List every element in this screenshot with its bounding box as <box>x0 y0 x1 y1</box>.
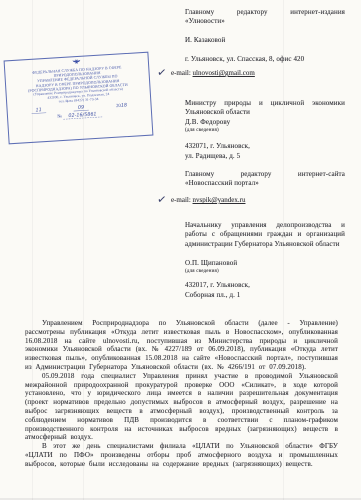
recipient-2-title: Министру природы и цикличной экономики У… <box>185 99 345 118</box>
recipient-3-email-row: ✓ e-mail: nvspik@yandex.ru <box>157 196 245 205</box>
recipient-4-title: Начальнику управления делопроизводства и… <box>185 221 345 249</box>
handwritten-checkmark-icon: ✓ <box>156 195 166 205</box>
stamp-date-month: 09 <box>73 104 88 111</box>
body-paragraph-2: 05.09.2018 года специалист Управления пр… <box>25 372 338 442</box>
recipient-2-note: (для сведения) <box>185 128 345 134</box>
letter-body: Управлением Росприроднадзора по Ульяновс… <box>25 319 338 469</box>
recipient-4-address-line2: Соборная пл., д. 1 <box>185 291 345 300</box>
recipient-2-address-line2: ул. Радищева, д. 5 <box>185 152 345 161</box>
stamp-number-label: № <box>57 113 62 119</box>
recipient-2-name: Д.В. Федорову <box>185 118 345 127</box>
recipient-1-name: И. Казаковой <box>185 36 345 45</box>
body-paragraph-3: В этот же день специалистами филиала «ЦЛ… <box>25 442 338 468</box>
stamp-date-year: 18 <box>121 102 128 108</box>
stamp-date-day: 11 <box>31 107 46 114</box>
registration-stamp-content: ФЕДЕРАЛЬНАЯ СЛУЖБА ПО НАДЗОРУ В СФЕРЕ ПР… <box>5 53 152 123</box>
recipient-4-name: О.П. Щипановой <box>185 259 345 268</box>
recipient-3-email: nvspik@yandex.ru <box>193 196 246 204</box>
recipient-2-address-line1: 432071, г. Ульяновск, <box>185 142 345 151</box>
recipient-1-email-row: ✓ e-mail: ulnovosti@gmail.com <box>157 69 255 78</box>
scanned-letter-page: ФЕДЕРАЛЬНАЯ СЛУЖБА ПО НАДЗОРУ В СФЕРЕ ПР… <box>0 0 361 500</box>
recipient-1-email: ulnovosti@gmail.com <box>193 69 255 77</box>
stamp-registration-number: 02-16/5861 <box>63 111 102 119</box>
email-label: e-mail: <box>171 69 191 77</box>
stamp-date-year-group: 2018 <box>116 102 127 109</box>
recipient-1-title: Главному редактору интернет-издания «Улн… <box>185 8 345 27</box>
registration-stamp: ФЕДЕРАЛЬНАЯ СЛУЖБА ПО НАДЗОРУ В СФЕРЕ ПР… <box>4 52 154 145</box>
handwritten-checkmark-icon: ✓ <box>156 68 166 78</box>
recipient-3-title: Главному редактору интернет-сайта «Новос… <box>185 170 345 189</box>
email-label: e-mail: <box>171 196 191 204</box>
body-paragraph-1: Управлением Росприроднадзора по Ульяновс… <box>25 319 338 372</box>
recipient-4-address-line1: 432017, г. Ульяновск, <box>185 281 345 290</box>
recipient-4-note: (для сведения) <box>185 269 345 275</box>
recipient-1-address: г. Ульяновск, ул. Спасская, 8, офис 420 <box>185 55 345 64</box>
